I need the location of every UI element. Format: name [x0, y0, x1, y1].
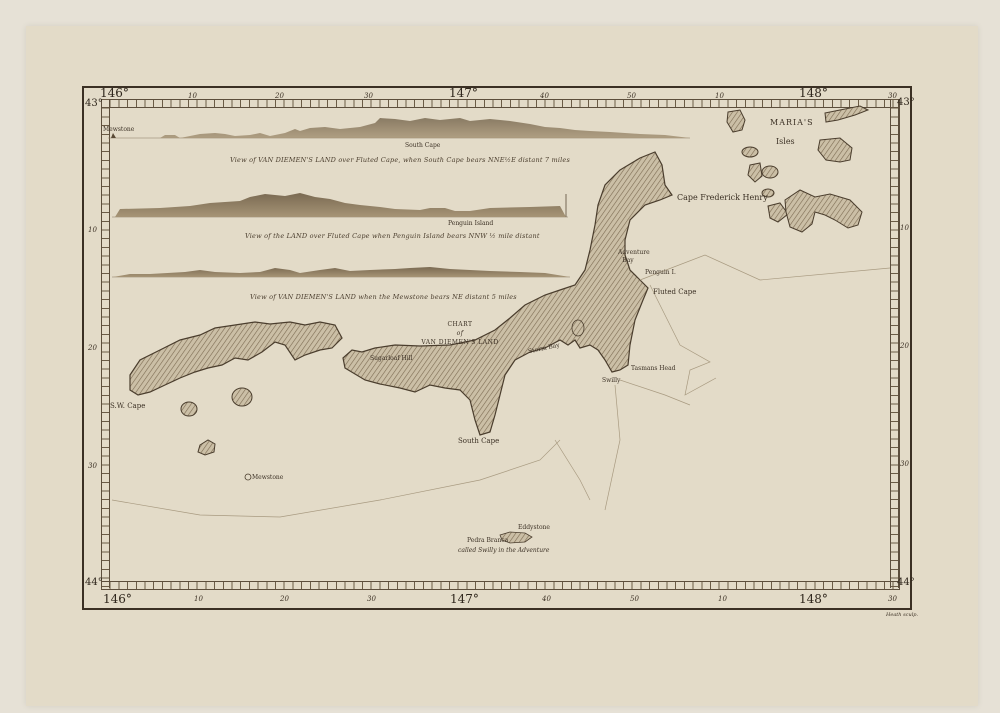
label-adventure-bay: Adventure Bay [618, 249, 638, 265]
label-fluted-cape: Fluted Cape [653, 288, 696, 296]
label-isles: Isles [776, 137, 795, 146]
label-mewstone: Mewstone [252, 474, 283, 481]
label-marias: MARIA'S [770, 118, 814, 127]
label-eddystone: Eddystone [518, 524, 550, 531]
mewstone-island [245, 474, 251, 480]
label-south-cape: South Cape [458, 437, 499, 445]
label-tasmans-head: Tasmans Head [631, 365, 676, 372]
map-artwork [0, 0, 1000, 713]
profile-view-3-caption: View of VAN DIEMEN'S LAND when the Mewst… [250, 293, 517, 301]
profile-view-1 [108, 118, 690, 138]
label-south-cape-profile: South Cape [405, 142, 440, 149]
island-1 [181, 402, 197, 416]
profile-view-3 [112, 267, 570, 277]
island-2 [232, 388, 252, 406]
label-cape-frederick-henry: Cape Frederick Henry [677, 193, 768, 202]
chart-title: CHART of VAN DIEMEN'S LAND [410, 320, 510, 347]
label-mewstone-profile: Mewstone [103, 126, 134, 133]
engraver-credit: Heath sculp. [886, 612, 918, 618]
island-3 [198, 440, 215, 455]
label-sw-cape: S.W. Cape [110, 402, 145, 410]
land-southwest-coast [130, 322, 342, 395]
label-penguin-island: Penguin I. [645, 269, 676, 276]
profile-view-2-caption: View of the LAND over Fluted Cape when P… [245, 232, 540, 240]
label-pedra-branca: Pedra Branca [467, 537, 508, 544]
chart-title-line1: CHART [410, 320, 510, 329]
label-penguin-island-profile: Penguin Island [448, 220, 493, 227]
label-pedra-note: called Swilly in the Adventure [458, 547, 549, 554]
profile-view-2 [112, 193, 568, 217]
label-sugarloaf-hill: Sugarloaf Hill [370, 355, 413, 362]
chart-title-line2: of [410, 329, 510, 338]
label-swilly: Swilly [602, 377, 620, 384]
chart-title-line3: VAN DIEMEN'S LAND [410, 338, 510, 347]
storm-bay-islet [572, 320, 584, 336]
profile-view-1-caption: View of VAN DIEMEN'S LAND over Fluted Ca… [230, 156, 570, 164]
